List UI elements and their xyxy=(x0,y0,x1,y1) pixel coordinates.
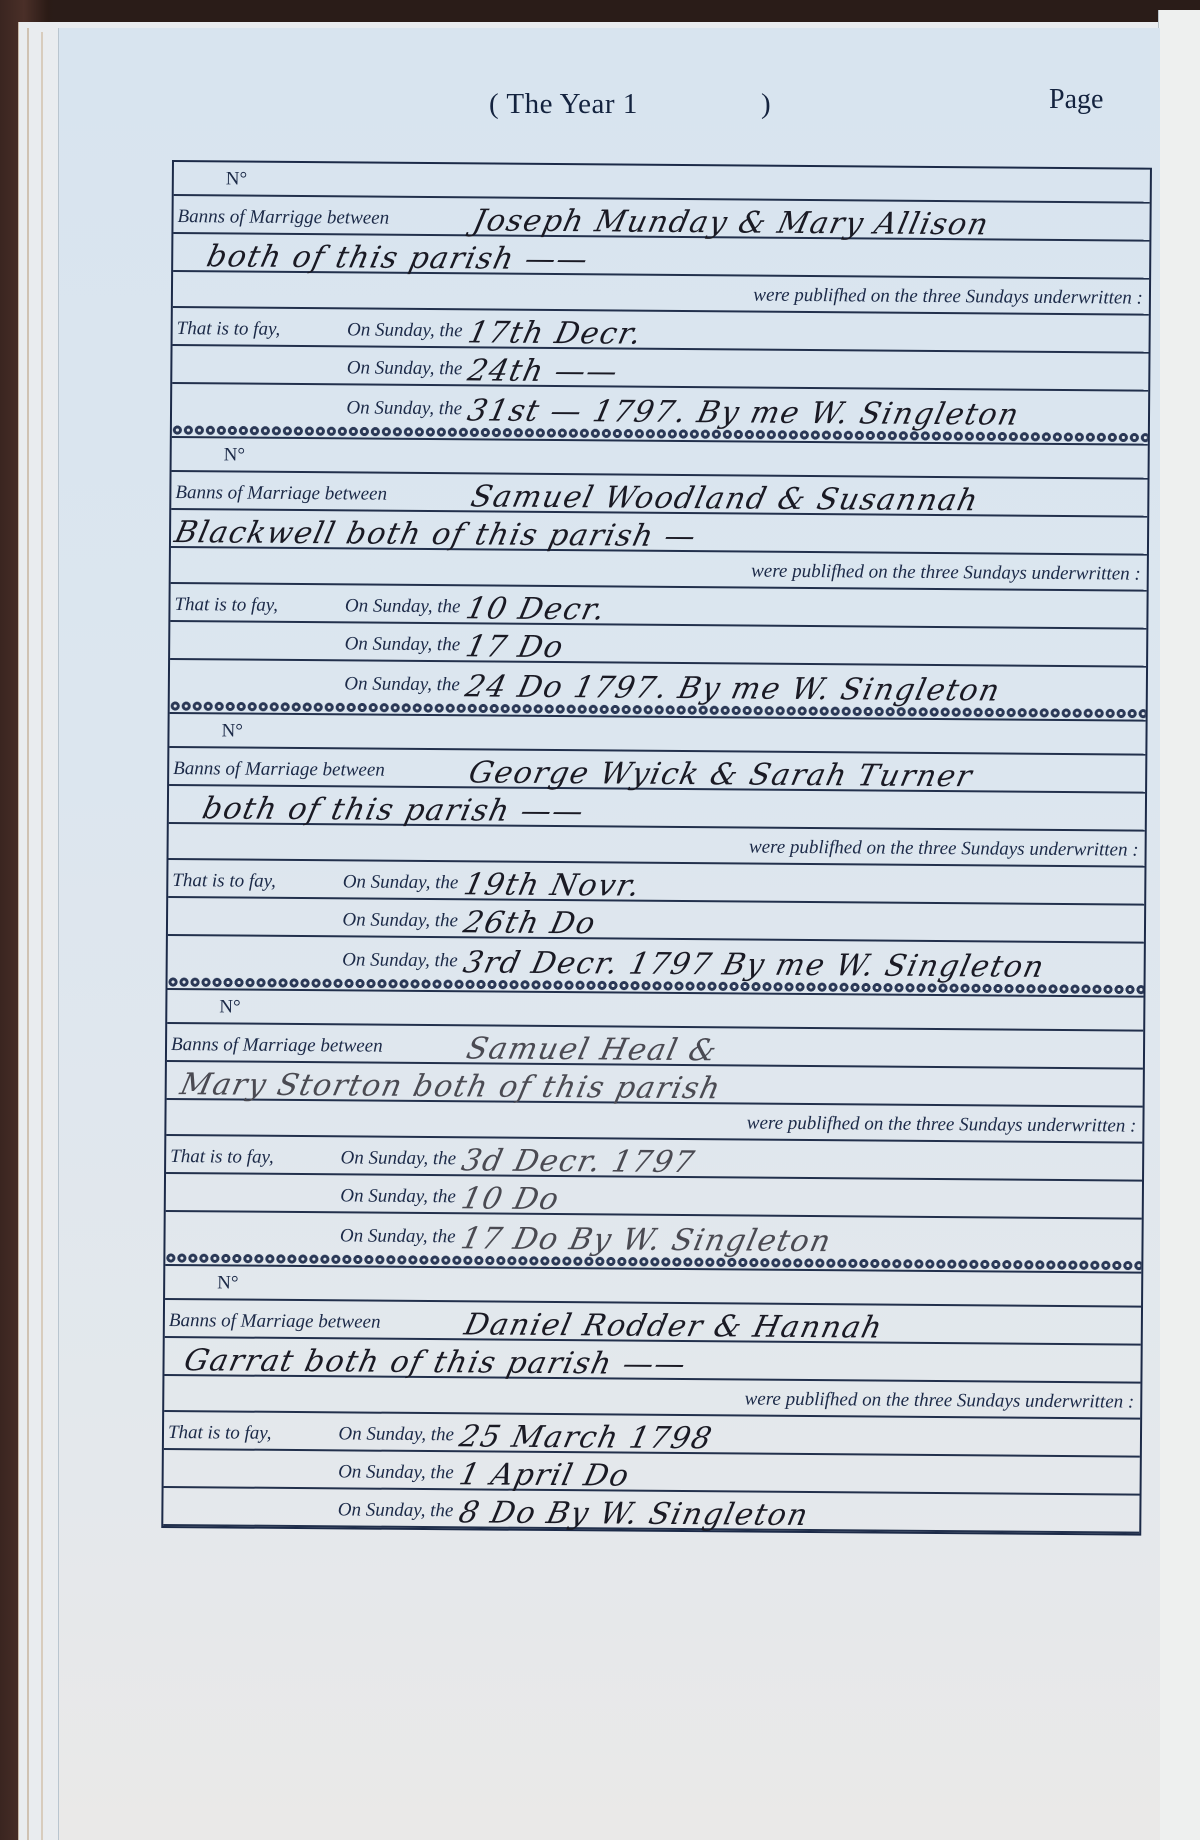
sunday-date-1: 3d Decr. 1797 xyxy=(459,1146,698,1178)
published-label: were publifhed on the three Sundays unde… xyxy=(751,561,1141,586)
sunday-date-1: 17th Decr. xyxy=(465,318,645,349)
that-is-to-say-label: That is to fay, xyxy=(170,594,316,617)
banns-entry: N° Banns of Marriage between Daniel Rodd… xyxy=(163,1266,1141,1534)
that-is-to-say-label: That is to fay, xyxy=(173,318,319,341)
that-is-to-say-label: That is to fay, xyxy=(168,870,314,893)
published-label: were publifhed on the three Sundays unde… xyxy=(747,1113,1137,1138)
sunday-date-3-signature: 3rd Decr. 1797 By me W. Singleton xyxy=(460,948,1047,983)
sunday-date-3-signature: 8 Do By W. Singleton xyxy=(456,1498,812,1531)
banns-entry: N° Banns of Marriage between Samuel Wood… xyxy=(170,438,1148,722)
entry-number-label: N° xyxy=(217,1272,239,1294)
on-sunday-label: On Sunday, the xyxy=(310,1461,460,1484)
banns-entry: N° Banns of Marrigge between Joseph Mund… xyxy=(172,162,1150,446)
published-label: were publifhed on the three Sundays unde… xyxy=(753,285,1143,310)
on-sunday-label: On Sunday, the xyxy=(316,595,466,618)
sunday-row-3: On Sunday, the 24 Do 1797. By me W. Sing… xyxy=(170,660,1146,706)
on-sunday-label: On Sunday, the xyxy=(318,397,468,420)
parish-note: both of this parish —— xyxy=(166,794,588,827)
on-sunday-label: On Sunday, the xyxy=(312,1147,462,1170)
on-sunday-label: On Sunday, the xyxy=(316,673,466,696)
on-sunday-label: On Sunday, the xyxy=(312,1185,462,1208)
sunday-date-2: 26th Do xyxy=(461,908,599,939)
sunday-row-3: On Sunday, the 8 Do By W. Singleton xyxy=(163,1488,1139,1534)
banns-label: Banns of Marriage between xyxy=(169,758,469,782)
sunday-row-3: On Sunday, the 3rd Decr. 1797 By me W. S… xyxy=(168,936,1144,982)
banns-label: Banns of Marriage between xyxy=(167,1034,467,1058)
on-sunday-label: On Sunday, the xyxy=(318,357,468,380)
parish-note: Garrat both of this parish —— xyxy=(161,1346,689,1380)
sunday-date-2: 10 Do xyxy=(459,1184,563,1215)
on-sunday-label: On Sunday, the xyxy=(314,871,464,894)
sunday-row-3: On Sunday, the 17 Do By W. Singleton xyxy=(165,1212,1141,1258)
entry-number-label: N° xyxy=(219,996,241,1018)
sunday-row-3: On Sunday, the 31st — 1797. By me W. Sin… xyxy=(172,384,1148,430)
couple-names: Samuel Woodland & Susannah xyxy=(468,482,982,516)
on-sunday-label: On Sunday, the xyxy=(310,1423,460,1446)
sunday-date-3-signature: 31st — 1797. By me W. Singleton xyxy=(465,396,1023,430)
parish-note: Mary Storton both of this parish xyxy=(163,1070,724,1104)
on-sunday-label: On Sunday, the xyxy=(316,633,466,656)
couple-names: Samuel Heal & xyxy=(464,1034,721,1066)
year-label: ( The Year 1 xyxy=(489,88,638,120)
sunday-date-1: 19th Novr. xyxy=(461,870,644,901)
couple-names: Joseph Munday & Mary Allison xyxy=(470,206,992,240)
on-sunday-label: On Sunday, the xyxy=(319,319,469,342)
banns-label: Banns of Marrigge between xyxy=(173,206,473,230)
couple-names: George Wyick & Sarah Turner xyxy=(466,758,976,792)
on-sunday-label: On Sunday, the xyxy=(309,1499,459,1522)
banns-entry: N° Banns of Marriage between George Wyic… xyxy=(167,714,1145,998)
sunday-date-1: 10 Decr. xyxy=(463,594,609,625)
page-number-label: Page xyxy=(1049,84,1103,116)
published-label: were publifhed on the three Sundays unde… xyxy=(745,1389,1135,1414)
published-label: were publifhed on the three Sundays unde… xyxy=(749,837,1139,862)
facing-page-edge xyxy=(1158,10,1200,1840)
banns-label: Banns of Marriage between xyxy=(171,482,471,506)
on-sunday-label: On Sunday, the xyxy=(311,1225,461,1248)
on-sunday-label: On Sunday, the xyxy=(314,909,464,932)
parish-note: Blackwell both of this parish — xyxy=(168,518,700,552)
year-heading: ( The Year 1 ) xyxy=(489,88,849,121)
banns-register-table: N° Banns of Marrigge between Joseph Mund… xyxy=(161,160,1152,1536)
that-is-to-say-label: That is to fay, xyxy=(164,1422,310,1445)
couple-names: Daniel Rodder & Hannah xyxy=(462,1310,886,1343)
sunday-date-2: 24th —— xyxy=(465,356,621,387)
year-close-paren: ) xyxy=(761,88,771,121)
sunday-date-3-signature: 24 Do 1797. By me W. Singleton xyxy=(463,672,1004,706)
sunday-date-2: 17 Do xyxy=(463,632,567,663)
entry-number-label: N° xyxy=(221,720,243,742)
sunday-date-1: 25 March 1798 xyxy=(457,1422,716,1454)
entry-number-label: N° xyxy=(224,444,246,466)
sunday-date-3-signature: 17 Do By W. Singleton xyxy=(458,1224,834,1257)
on-sunday-label: On Sunday, the xyxy=(314,949,464,972)
sunday-date-2: 1 April Do xyxy=(456,1460,632,1491)
that-is-to-say-label: That is to fay, xyxy=(166,1146,312,1169)
parish-note: both of this parish —— xyxy=(170,242,592,275)
entry-number-label: N° xyxy=(226,168,248,190)
banns-label: Banns of Marriage between xyxy=(165,1310,465,1334)
banns-entry: N° Banns of Marriage between Samuel Heal… xyxy=(165,990,1143,1274)
